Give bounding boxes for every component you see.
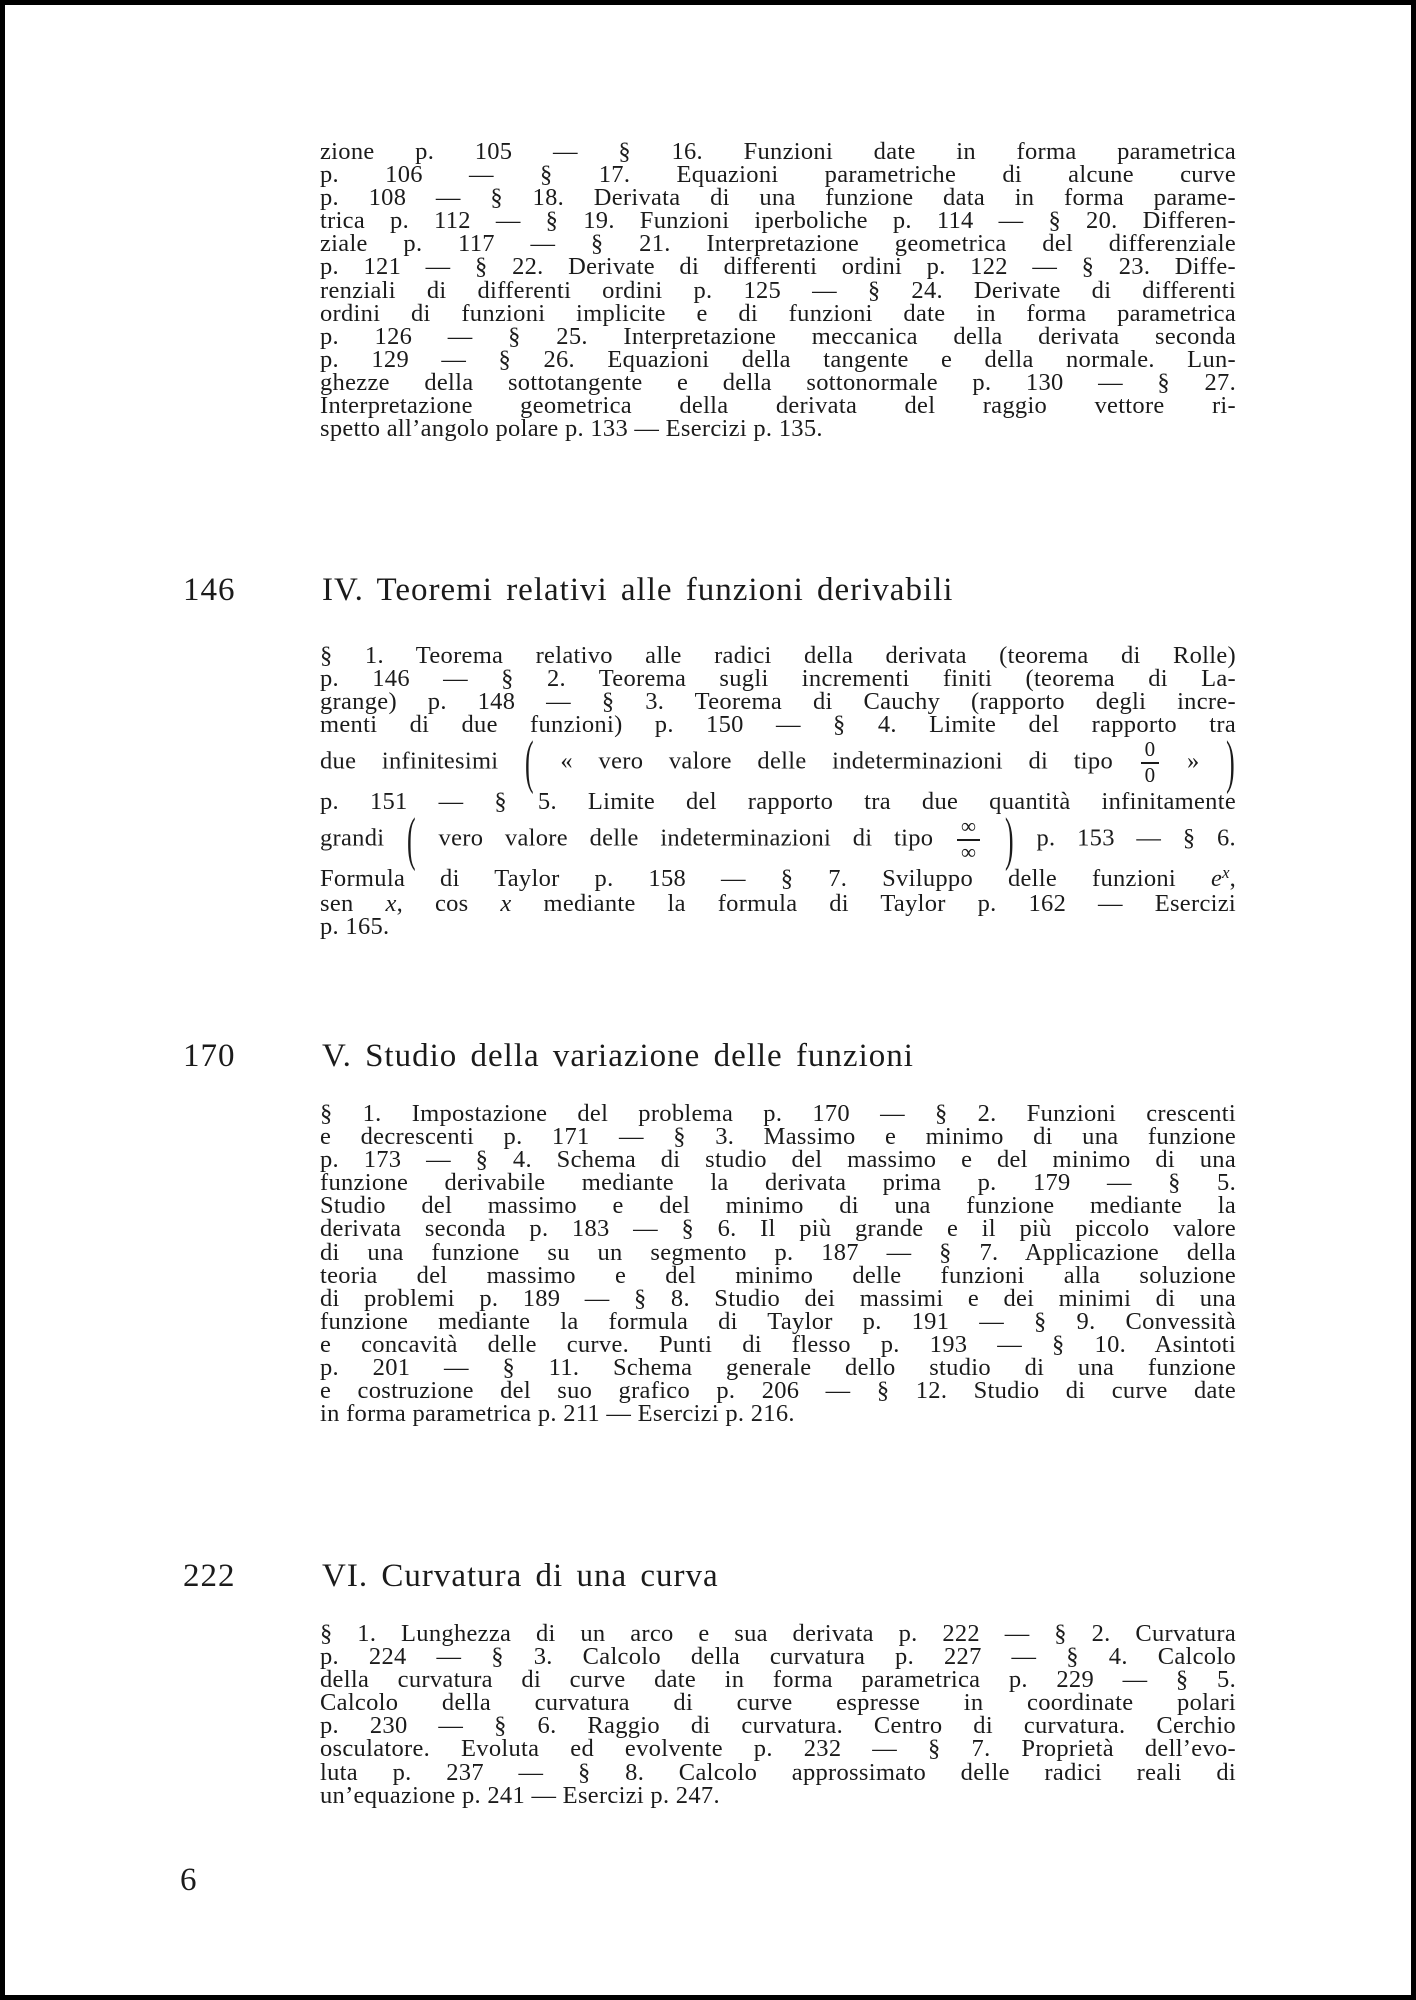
toc-line: p. 224 — § 3. Calcolo della curvatura p.…	[320, 1645, 1236, 1668]
toc-line: teoria del massimo e del minimo delle fu…	[320, 1264, 1236, 1287]
toc-line: menti di due funzioni) p. 150 — § 4. Lim…	[320, 713, 1236, 736]
toc-line: § 1. Teorema relativo alle radici della …	[320, 644, 1236, 667]
toc-line: ziale p. 117 — § 21. Interpretazione geo…	[320, 232, 1236, 255]
toc-line: due infinitesimi ( « vero valore delle i…	[320, 736, 1236, 790]
toc-line: trica p. 112 — § 19. Funzioni iperbolich…	[320, 209, 1236, 232]
toc-line: p. 126 — § 25. Interpretazione meccanica…	[320, 325, 1236, 348]
toc-line: sen x, cos x mediante la formula di Tayl…	[320, 892, 1236, 915]
toc-line: ghezze della sottotangente e della sotto…	[320, 371, 1236, 394]
scanned-book-page: zione p. 105 — § 16. Funzioni date in fo…	[0, 0, 1416, 2000]
toc-line: funzione derivabile mediante la derivata…	[320, 1171, 1236, 1194]
toc-line: grandi ( vero valore delle indeterminazi…	[320, 813, 1236, 867]
toc-line: ordini di funzioni implicite e di funzio…	[320, 302, 1236, 325]
chapter-body-vi: § 1. Lunghezza di un arco e sua derivata…	[320, 1622, 1236, 1807]
toc-line: funzione mediante la formula di Taylor p…	[320, 1310, 1236, 1333]
toc-line: di una funzione su un segmento p. 187 — …	[320, 1241, 1236, 1264]
toc-line: Calcolo della curvatura di curve espress…	[320, 1691, 1236, 1714]
chapter-heading-v: 170 V. Studio della variazione delle fun…	[0, 1036, 1416, 1082]
toc-line: p. 129 — § 26. Equazioni della tangente …	[320, 348, 1236, 371]
big-paren: (	[406, 812, 417, 865]
fraction: 00	[1141, 739, 1160, 787]
page-number: 6	[180, 1862, 197, 1899]
chapter-start-page: 146	[183, 570, 236, 610]
chapter-body-iv: § 1. Teorema relativo alle radici della …	[320, 644, 1236, 938]
toc-line: p. 165.	[320, 915, 1236, 938]
continuation-paragraph: zione p. 105 — § 16. Funzioni date in fo…	[320, 140, 1236, 440]
toc-line: p. 121 — § 22. Derivate di differenti or…	[320, 255, 1236, 278]
toc-line: p. 146 — § 2. Teorema sugli incrementi f…	[320, 667, 1236, 690]
toc-line: § 1. Impostazione del problema p. 170 — …	[320, 1102, 1236, 1125]
toc-line: grange) p. 148 — § 3. Teorema di Cauchy …	[320, 690, 1236, 713]
big-paren: (	[524, 735, 535, 788]
toc-line: luta p. 237 — § 8. Calcolo approssimato …	[320, 1761, 1236, 1784]
chapter-start-page: 170	[183, 1036, 236, 1076]
toc-line: p. 173 — § 4. Schema di studio del massi…	[320, 1148, 1236, 1171]
chapter-start-page: 222	[183, 1556, 236, 1596]
chapter-title: VI. Curvatura di una curva	[322, 1556, 719, 1596]
toc-line: e decrescenti p. 171 — § 3. Massimo e mi…	[320, 1125, 1236, 1148]
chapter-title: IV. Teoremi relativi alle funzioni deriv…	[322, 570, 953, 610]
chapter-heading-vi: 222 VI. Curvatura di una curva	[0, 1556, 1416, 1602]
toc-line: Formula di Taylor p. 158 — § 7. Sviluppo…	[320, 867, 1236, 892]
chapter-body-v: § 1. Impostazione del problema p. 170 — …	[320, 1102, 1236, 1425]
toc-line: derivata seconda p. 183 — § 6. Il più gr…	[320, 1217, 1236, 1240]
toc-line: e costruzione del suo grafico p. 206 — §…	[320, 1379, 1236, 1402]
toc-line: p. 106 — § 17. Equazioni parametriche di…	[320, 163, 1236, 186]
toc-line: zione p. 105 — § 16. Funzioni date in fo…	[320, 140, 1236, 163]
toc-line: della curvatura di curve date in forma p…	[320, 1668, 1236, 1691]
toc-line: renziali di differenti ordini p. 125 — §…	[320, 279, 1236, 302]
toc-line: spetto all’angolo polare p. 133 — Eserci…	[320, 417, 1236, 440]
fraction: ∞∞	[957, 816, 980, 864]
toc-line: p. 151 — § 5. Limite del rapporto tra du…	[320, 790, 1236, 813]
big-paren: )	[1225, 735, 1236, 788]
toc-line: p. 230 — § 6. Raggio di curvatura. Centr…	[320, 1714, 1236, 1737]
chapter-heading-iv: 146 IV. Teoremi relativi alle funzioni d…	[0, 570, 1416, 616]
chapter-title: V. Studio della variazione delle funzion…	[322, 1036, 914, 1076]
toc-line: e concavità delle curve. Punti di flesso…	[320, 1333, 1236, 1356]
toc-line: § 1. Lunghezza di un arco e sua derivata…	[320, 1622, 1236, 1645]
toc-line: p. 201 — § 11. Schema generale dello stu…	[320, 1356, 1236, 1379]
toc-line: Studio del massimo e del minimo di una f…	[320, 1194, 1236, 1217]
toc-line: osculatore. Evoluta ed evolvente p. 232 …	[320, 1737, 1236, 1760]
toc-line: p. 108 — § 18. Derivata di una funzione …	[320, 186, 1236, 209]
toc-line: Interpretazione geometrica della derivat…	[320, 394, 1236, 417]
toc-line: un’equazione p. 241 — Esercizi p. 247.	[320, 1784, 1236, 1807]
toc-line: in forma parametrica p. 211 — Esercizi p…	[320, 1402, 1236, 1425]
toc-line: di problemi p. 189 — § 8. Studio dei mas…	[320, 1287, 1236, 1310]
big-paren: )	[1004, 812, 1015, 865]
